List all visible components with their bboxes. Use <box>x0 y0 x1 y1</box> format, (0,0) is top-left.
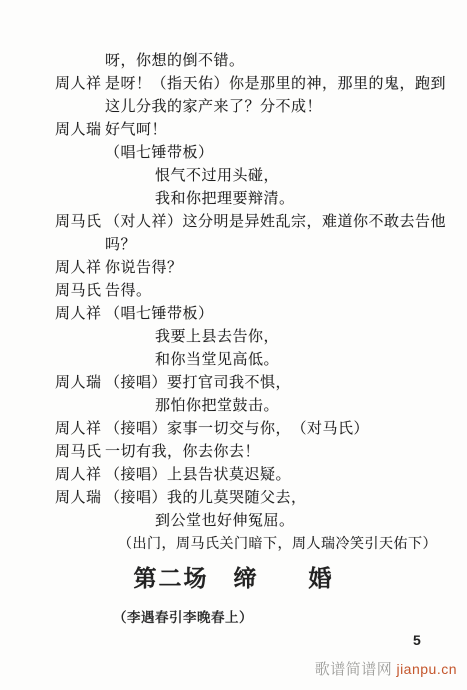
script-line: 恨气不过用头碰， <box>0 165 461 188</box>
speaker-name: 周人祥 <box>55 73 102 96</box>
speaker-name: 周人瑞 <box>55 119 102 142</box>
watermark-site-url: jianpu.cn <box>396 661 457 677</box>
dialogue-text: 告得。 <box>105 283 152 299</box>
speaker-name: 周人祥 <box>55 303 102 326</box>
dialogue-text: （接唱）要打官司我不惧， <box>105 375 291 391</box>
script-line: 周人祥（唱七锤带板） <box>0 303 461 326</box>
script-line: 周人祥是呀！（指天佑）你是那里的神，那里的鬼，跑到 <box>0 73 461 96</box>
speaker-name: 周人祥 <box>55 418 102 441</box>
script-line: 这儿分我的家产来了？分不成！ <box>0 96 461 119</box>
script-line: 吗？ <box>0 234 461 257</box>
script-line: 呀，你想的倒不错。 <box>0 50 461 73</box>
watermark: 歌谱简谱网 jianpu.cn <box>315 658 457 679</box>
script-line: 周人祥你说告得？ <box>0 257 461 280</box>
lyric-text: 和你当堂见高低。 <box>155 352 279 368</box>
dialogue-text: 是呀！（指天佑）你是那里的神，那里的鬼，跑到 <box>105 76 446 92</box>
script-line: 周人瑞（接唱）要打官司我不惧， <box>0 372 461 395</box>
scene-title: 第二场 缔 婚 <box>0 560 467 593</box>
scanned-script-page: 呀，你想的倒不错。 周人祥是呀！（指天佑）你是那里的神，那里的鬼，跑到 这儿分我… <box>0 0 467 690</box>
lyric-text: 那怕你把堂鼓击。 <box>155 398 279 414</box>
speaker-name: 周人瑞 <box>55 372 102 395</box>
script-line: 周人祥（接唱）上县告状莫迟疑。 <box>0 464 461 487</box>
lyric-text: 到公堂也好伸冤屈。 <box>155 513 295 529</box>
stage-direction-line: （出门，周马氏关门暗下，周人瑞冷笑引天佑下） <box>0 533 461 556</box>
script-line: 周马氏（对人祥）这分明是异姓乱宗，难道你不敢去告他 <box>0 211 461 234</box>
dialogue-text: （接唱）上县告状莫迟疑。 <box>105 467 291 483</box>
script-text-block: 呀，你想的倒不错。 周人祥是呀！（指天佑）你是那里的神，那里的鬼，跑到 这儿分我… <box>0 50 461 556</box>
script-line: 和你当堂见高低。 <box>0 349 461 372</box>
dialogue-text: 呀，你想的倒不错。 <box>105 53 245 69</box>
dialogue-text: 好气呵！ <box>105 122 167 138</box>
dialogue-text: 你说告得？ <box>105 260 183 276</box>
script-line: 周马氏一切有我，你去你去！ <box>0 441 461 464</box>
lyric-text: 我要上县去告你， <box>155 329 279 345</box>
script-line: （唱七锤带板） <box>0 142 461 165</box>
speaker-name: 周马氏 <box>55 280 102 303</box>
script-line: 周马氏告得。 <box>0 280 461 303</box>
speaker-name: 周马氏 <box>55 211 102 234</box>
dialogue-text: 一切有我，你去你去！ <box>105 444 260 460</box>
dialogue-text: 吗？ <box>105 237 136 253</box>
script-line: 周人祥（接唱）家事一切交与你， （对马氏） <box>0 418 461 441</box>
lyric-text: 我和你把理要辩清。 <box>155 191 295 207</box>
speaker-name: 周人祥 <box>55 257 102 280</box>
speaker-name: 周人瑞 <box>55 487 102 510</box>
script-line: 我和你把理要辩清。 <box>0 188 461 211</box>
lyric-text: 恨气不过用头碰， <box>155 168 279 184</box>
script-line: 周人瑞（接唱）我的儿莫哭随父去， <box>0 487 461 510</box>
script-line: 我要上县去告你， <box>0 326 461 349</box>
script-line: 周人瑞好气呵！ <box>0 119 461 142</box>
script-line: 那怕你把堂鼓击。 <box>0 395 461 418</box>
stage-note-text: （唱七锤带板） <box>105 145 214 161</box>
speaker-name: 周人祥 <box>55 464 102 487</box>
stage-direction-text: （出门，周马氏关门暗下，周人瑞冷笑引天佑下） <box>118 537 437 552</box>
dialogue-text: （对人祥）这分明是异姓乱宗，难道你不敢去告他 <box>105 214 446 230</box>
speaker-name: 周马氏 <box>55 441 102 464</box>
script-line: 到公堂也好伸冤屈。 <box>0 510 461 533</box>
stage-note-text: （唱七锤带板） <box>105 306 214 322</box>
dialogue-text: （接唱）我的儿莫哭随父去， <box>105 490 307 506</box>
page-number: 5 <box>413 632 421 648</box>
dialogue-text: （接唱）家事一切交与你， （对马氏） <box>105 421 369 437</box>
watermark-site-name: 歌谱简谱网 <box>315 662 393 678</box>
scene-opening-direction: （李遇春引李晚春上） <box>113 606 253 626</box>
dialogue-text: 这儿分我的家产来了？分不成！ <box>105 99 322 115</box>
